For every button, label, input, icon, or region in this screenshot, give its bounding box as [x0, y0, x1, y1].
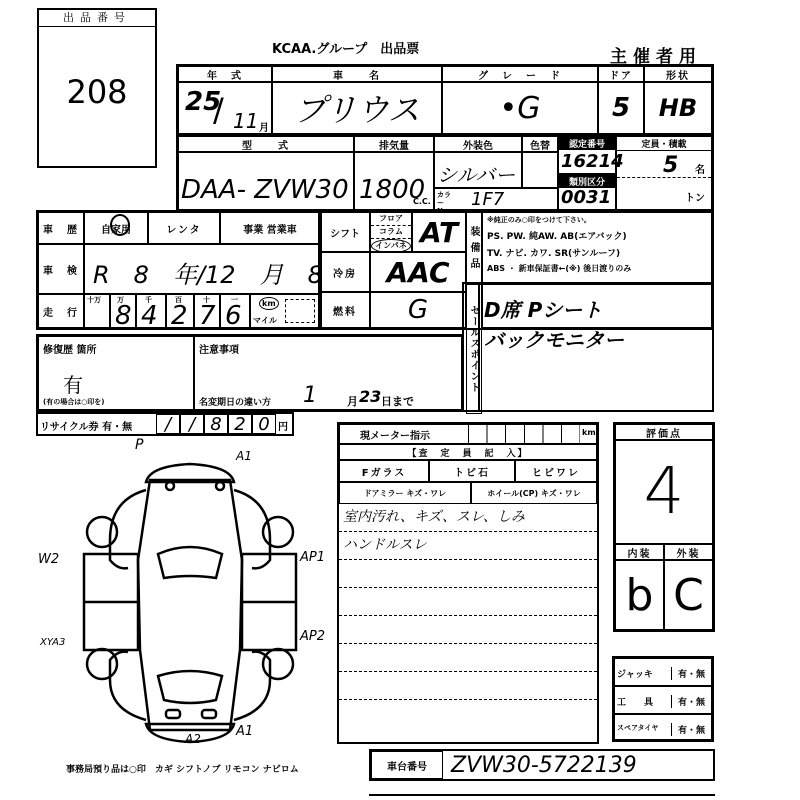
car-name-value: プリウス: [272, 82, 442, 134]
fuel-value: G: [370, 292, 466, 328]
deadline-month-unit: 月: [347, 393, 358, 409]
equip-cell: ※純正のみ○印をつけて下さい。 PS. PW. 純AW. AB(エアバック) T…: [482, 212, 712, 284]
repair-label: 修復歴 箇所: [43, 341, 96, 356]
class-value: 0031: [561, 187, 611, 208]
chassis-row: 車台番号 ZVW30-5722139: [369, 749, 715, 781]
capacity-value: 5: [663, 153, 678, 178]
interior-label: 内装: [615, 544, 664, 560]
ac-label: 冷房: [320, 252, 370, 292]
deadline-label: 名変期日の違い方: [199, 395, 271, 408]
cc-unit: C.C.: [413, 197, 431, 206]
lot-number-value: 208: [39, 73, 155, 111]
glass-f[interactable]: Fガラス: [339, 460, 429, 482]
shape-label: 形状: [644, 66, 712, 82]
mileage-digit-3[interactable]: 百2: [166, 294, 194, 328]
lot-number-label: 出品番号: [39, 10, 155, 27]
remark-line: [339, 616, 597, 644]
notes-cell: 注意事項 名変期日の違い方 1 月 23 日まで: [194, 336, 462, 410]
remark-line: [339, 672, 597, 700]
custody-items-note: 事務局預り品は○印 カギ シフトノブ リモコン ナビロム: [66, 762, 299, 775]
mileage-label: 走 行: [38, 294, 84, 328]
equip-line-3[interactable]: ABS ・ 新車保証書←(※) 後日渡りのみ: [483, 261, 711, 276]
inspection-label: 車 検: [38, 244, 84, 294]
recycle-unit: 円: [278, 418, 288, 433]
month-value: 11: [233, 109, 258, 133]
repair-value: 有: [63, 369, 83, 398]
model-label: 型 式: [178, 136, 354, 152]
inspector-block: 現メーター指示 km 【査 定 員 記 入】 Fガラス トビ石 ヒビワレ ドアミ…: [337, 422, 599, 744]
color-value: シルバー: [437, 159, 515, 188]
damage-mark: W2: [38, 552, 59, 567]
damage-mark: P: [135, 437, 143, 453]
glass-crack[interactable]: ヒビワレ: [515, 460, 597, 482]
lot-number-box: 出品番号 208: [37, 8, 157, 168]
score-value: 4: [615, 440, 713, 544]
displacement-label: 排気量: [354, 136, 434, 152]
cert-cell: 認定番号 16214: [558, 136, 616, 174]
remark-line: [339, 560, 597, 588]
shift-label: シフト: [320, 212, 370, 252]
grade-value: •G: [442, 82, 598, 134]
deadline-month: 1: [303, 383, 317, 408]
displacement-cell: 1800 C.C.: [354, 152, 434, 210]
score-block: 評価点 4 内装 外装 b C: [613, 422, 715, 632]
color-label: 外装色: [434, 136, 522, 152]
accessory-spare-tire: スペアタイヤ 有・無: [614, 714, 712, 740]
meter-row: 現メーター指示 km: [339, 424, 597, 444]
remark-line: ハンドルスレ: [339, 532, 597, 560]
door-label: ドア: [598, 66, 644, 82]
shape-value: HB: [644, 82, 712, 134]
mirror-damage[interactable]: ドアミラー キズ・ワレ: [339, 482, 471, 504]
notes-label: 注意事項: [199, 341, 239, 356]
equip-line-2[interactable]: TV. ナビ. カワ. SR(サンルーフ): [483, 244, 711, 261]
inspection-cell: R 8 年/12 月 8: [84, 244, 320, 294]
class-cell: 類別区分 0031: [558, 174, 616, 210]
form-title: KCAA.グループ 出品票: [272, 38, 419, 57]
deadline-day: 23: [359, 387, 381, 406]
year-label: 年 式: [178, 66, 272, 82]
accessory-tools: 工 具 有・無: [614, 686, 712, 714]
inspector-title: 【査 定 員 記 入】: [339, 444, 597, 460]
chassis-label: 車台番号: [371, 751, 443, 779]
shift-option-column[interactable]: コラム: [371, 226, 411, 239]
ton-unit: トン: [685, 189, 705, 204]
interior-score: b: [615, 560, 664, 630]
damage-mark: A2: [185, 732, 201, 746]
remark-line: [339, 700, 597, 727]
history-option-business[interactable]: 事業 営業車: [220, 212, 320, 244]
car-name-label: 車 名: [272, 66, 442, 82]
grade-label: グ レ ー ド: [442, 66, 598, 82]
shift-option-panel[interactable]: インパネ: [371, 239, 411, 253]
wheel-damage[interactable]: ホイール(CP) キズ・ワレ: [471, 482, 597, 504]
damage-mark: AP1: [300, 550, 325, 565]
month-unit: 月: [259, 119, 269, 134]
sales-point-2: バックモニター: [484, 324, 624, 353]
capacity-cell: 定員・積載 5 名 トン: [616, 136, 712, 210]
color-change-cell: [522, 152, 558, 188]
fuel-label: 燃料: [320, 292, 370, 328]
mileage-digit-2[interactable]: 千4: [136, 294, 166, 328]
accessory-jack: ジャッキ 有・無: [614, 658, 712, 686]
damage-mark: AP2: [300, 629, 325, 644]
sales-point-1: D席 Pシート: [484, 294, 602, 323]
color-change-label: 色替: [522, 136, 558, 152]
mileage-digit-4[interactable]: 十7: [194, 294, 220, 328]
damage-mark: A1: [236, 449, 252, 463]
damage-mark: XYA3: [40, 637, 65, 648]
car-damage-diagram: [70, 440, 310, 750]
vehicle-info-row2: 型 式 排気量 外装色 色替 DAA- ZVW30 1800 C.C. シルバー…: [176, 134, 714, 212]
score-label: 評価点: [615, 424, 713, 440]
remarks-list: 室内汚れ、キズ、スレ、しみ ハンドルスレ: [339, 504, 597, 727]
unit-mile: マイル: [253, 315, 277, 326]
shift-value: AT: [412, 212, 466, 252]
cert-label: 認定番号: [559, 137, 615, 150]
unit-km: km: [259, 297, 279, 310]
repair-note: (有の場合は○印を): [43, 397, 105, 407]
exterior-label: 外装: [664, 544, 713, 560]
history-block: 車 歴 自家用 レンタ 事業 営業車 車 検 R 8 年/12 月 8 走 行 …: [36, 210, 322, 330]
repair-notes-block: 修復歴 箇所 有 (有の場合は○印を) 注意事項 名変期日の違い方 1 月 23…: [36, 334, 464, 412]
equip-note: ※純正のみ○印をつけて下さい。: [483, 213, 711, 227]
capacity-label: 定員・積載: [617, 137, 711, 151]
history-label: 車 歴: [38, 212, 84, 244]
exterior-score: C: [664, 560, 713, 630]
remark-line: [339, 644, 597, 672]
door-value: 5: [598, 82, 644, 134]
shift-option-floor[interactable]: フロア: [371, 213, 411, 226]
sales-points-box: D席 Pシート バックモニター: [464, 282, 714, 412]
color-no-cell: カラーNo 1F7: [434, 188, 558, 210]
meter-unit: km: [582, 428, 596, 437]
history-option-rental[interactable]: レンタ: [148, 212, 220, 244]
remark-line: [339, 588, 597, 616]
shift-options: フロア コラム インパネ: [370, 212, 412, 252]
color-no-value: 1F7: [471, 189, 504, 210]
remark-line: 室内汚れ、キズ、スレ、しみ: [339, 504, 597, 532]
cert-value: 16214: [561, 151, 624, 172]
color-cell: シルバー: [434, 152, 522, 188]
damage-mark: A1: [236, 724, 253, 739]
chassis-value: ZVW30-5722139: [451, 753, 637, 778]
model-value: DAA- ZVW30: [181, 175, 349, 205]
recycle-row: リサイクル券 有・無 / / 8 2 0 円: [36, 412, 294, 436]
equip-label: 装備品: [466, 212, 482, 284]
equip-line-1[interactable]: PS. PW. 純AW. AB(エアバック): [483, 227, 711, 244]
mileage-unit-cell: km マイル: [250, 294, 320, 328]
year-cell: 25 / 11 月: [178, 82, 272, 134]
recycle-label: リサイクル券 有・無: [40, 418, 132, 433]
history-selected-circle: [110, 214, 130, 236]
inspection-value: R 8 年/12 月 8: [93, 255, 323, 290]
ac-value: AAC: [370, 252, 466, 292]
mileage-digit-5[interactable]: 一6: [220, 294, 250, 328]
glass-chip[interactable]: トビ石: [429, 460, 515, 482]
vehicle-info-row1: 年 式 車 名 グ レ ー ド ドア 形状 25 / 11 月 プリウス •G …: [176, 64, 714, 136]
mileage-digit-0[interactable]: 十万: [84, 294, 110, 328]
mileage-digit-1[interactable]: 万8: [110, 294, 136, 328]
model-cell: DAA- ZVW30: [178, 152, 354, 210]
repair-cell: 修復歴 箇所 有 (有の場合は○印を): [38, 336, 194, 410]
meter-label: 現メーター指示: [360, 427, 430, 442]
accessories-block: ジャッキ 有・無 工 具 有・無 スペアタイヤ 有・無: [612, 656, 714, 742]
capacity-unit: 名: [695, 161, 705, 176]
deadline-day-unit: 日まで: [381, 393, 414, 409]
